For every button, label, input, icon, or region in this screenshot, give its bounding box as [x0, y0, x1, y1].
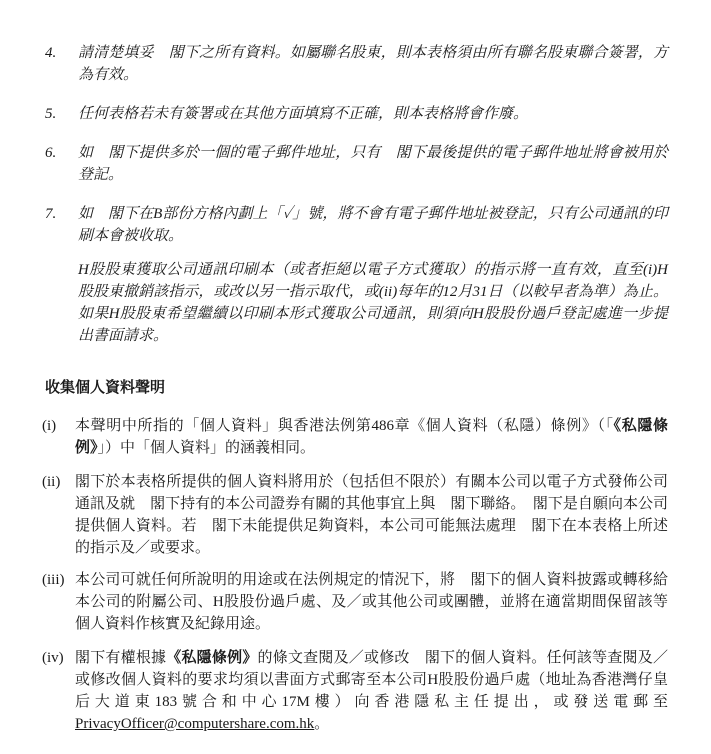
text-segment: 本聲明中所指的「個人資料」與香港法例第486章《個人資料（私隱）條例》（「: [75, 418, 614, 434]
instruction-item-7: 7. 如 閣下在B部份方格內劃上「✓」號，將不會有電子郵件地址被登記，只有公司通…: [45, 203, 668, 247]
document-page: 4. 請清楚填妥 閣下之所有資料。如屬聯名股東，則本表格須由所有聯名股東聯合簽署…: [45, 42, 668, 747]
item-number: 5.: [45, 103, 78, 125]
item-text: 本公司可就任何所說明的用途或在法例規定的情況下，將 閣下的個人資料披露或轉移給本…: [75, 569, 668, 635]
pics-item-iv: (iv) 閣下有權根據《私隱條例》的條文查閱及／或修改 閣下的個人資料。任何該等…: [42, 647, 668, 735]
item-text: 如 閣下在B部份方格內劃上「✓」號，將不會有電子郵件地址被登記，只有公司通訊的印…: [78, 203, 668, 247]
item-number: 7.: [45, 203, 78, 247]
pics-section-heading: 收集個人資料聲明: [45, 377, 668, 399]
item-number: (i): [42, 415, 75, 459]
instruction-item-6: 6. 如 閣下提供多於一個的電子郵件地址，只有 閣下最後提供的電子郵件地址將會被…: [45, 142, 668, 186]
text-segment: 閣下有權根據: [75, 650, 166, 666]
pics-item-i: (i) 本聲明中所指的「個人資料」與香港法例第486章《個人資料（私隱）條例》（…: [42, 415, 668, 459]
privacy-officer-email-link[interactable]: PrivacyOfficer@computershare.com.hk: [75, 716, 314, 732]
pics-item-ii: (ii) 閣下於本表格所提供的個人資料將用於（包括但不限於）有關本公司以電子方式…: [42, 471, 668, 559]
item-text: 請清楚填妥 閣下之所有資料。如屬聯名股東，則本表格須由所有聯名股東聯合簽署，方為…: [78, 42, 668, 86]
item-text: 任何表格若未有簽署或在其他方面填寫不正確，則本表格將會作廢。: [78, 103, 668, 125]
privacy-ordinance-bold: 《私隱條例》: [166, 650, 257, 666]
pics-item-iii: (iii) 本公司可就任何所說明的用途或在法例規定的情況下，將 閣下的個人資料披…: [42, 569, 668, 635]
item-text: 如 閣下提供多於一個的電子郵件地址，只有 閣下最後提供的電子郵件地址將會被用於登…: [78, 142, 668, 186]
item-number: (ii): [42, 471, 75, 559]
item-text: 閣下於本表格所提供的個人資料將用於（包括但不限於）有關本公司以電子方式發佈公司通…: [75, 471, 668, 559]
item-number: (iii): [42, 569, 75, 635]
item-text: 閣下有權根據《私隱條例》的條文查閱及／或修改 閣下的個人資料。任何該等查閱及／或…: [75, 647, 668, 735]
item-number: 6.: [45, 142, 78, 186]
text-segment: 。: [314, 716, 329, 732]
item-text: 本聲明中所指的「個人資料」與香港法例第486章《個人資料（私隱）條例》（「《私隱…: [75, 415, 668, 459]
item-number: (iv): [42, 647, 75, 735]
h-share-note: H股股東獲取公司通訊印刷本（或者拒絕以電子方式獲取）的指示將一直有效，直至(i)…: [78, 259, 668, 347]
item-number: 4.: [45, 42, 78, 86]
instruction-item-4: 4. 請清楚填妥 閣下之所有資料。如屬聯名股東，則本表格須由所有聯名股東聯合簽署…: [45, 42, 668, 86]
text-segment: 」）中「個人資料」的涵義相同。: [98, 440, 316, 456]
instruction-item-5: 5. 任何表格若未有簽署或在其他方面填寫不正確，則本表格將會作廢。: [45, 103, 668, 125]
